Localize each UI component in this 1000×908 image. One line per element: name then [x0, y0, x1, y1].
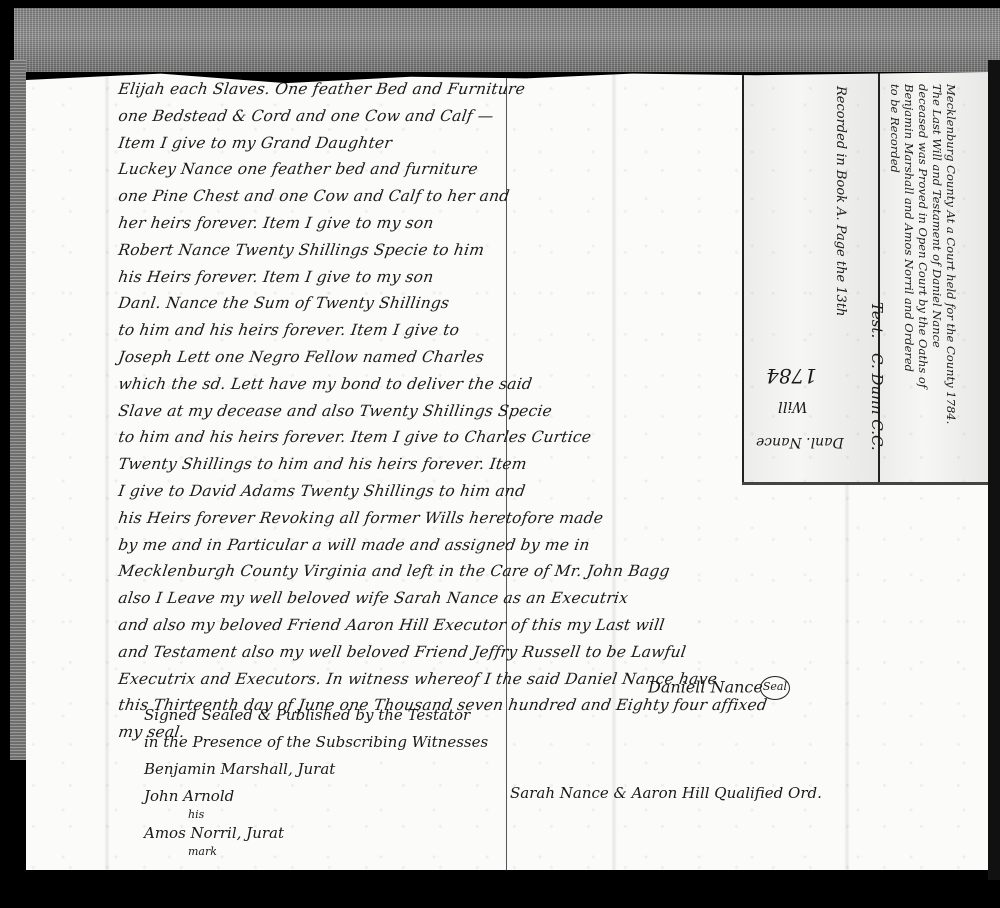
- witness-mark-label: mark: [144, 847, 488, 857]
- certificate-signature: Test. C. Dunn C.C.: [868, 302, 886, 451]
- docket-panel: [742, 72, 878, 484]
- scan-left-edge-band: [10, 60, 26, 760]
- attestation-line-1: Signed Sealed & Published by the Testato…: [144, 702, 488, 729]
- testator-name: Daniell Nance: [648, 678, 763, 697]
- will-line: Danl. Nance the Sum of Twenty Shillings: [116, 294, 760, 321]
- will-line: Mecklenburgh County Virginia and left in…: [116, 562, 800, 589]
- certificate-line: deceased was Proved in Open Court by the…: [916, 84, 930, 424]
- will-line: to him and his heirs forever. Item I giv…: [116, 428, 760, 455]
- will-line: Luckey Nance one feather bed and furnitu…: [116, 160, 760, 187]
- clerk-signature: C. Dunn C.C.: [868, 353, 886, 451]
- fold-crease-right: [844, 484, 850, 870]
- attestation-line-2: in the Presence of the Subscribing Witne…: [144, 729, 488, 756]
- will-line: her heirs forever. Item I give to my son: [116, 214, 760, 241]
- docket-recorded-line: Recorded in Book A. Page the 13th: [833, 86, 848, 316]
- testator-signature: Daniell Nance Seal: [648, 676, 790, 700]
- document-page: Elijah each Slaves. One feather Bed and …: [26, 72, 988, 870]
- seal-icon: Seal: [760, 676, 790, 700]
- will-line: his Heirs forever. Item I give to my son: [116, 268, 760, 295]
- will-line: Twenty Shillings to him and his heirs fo…: [116, 455, 760, 482]
- will-line: Elijah each Slaves. One feather Bed and …: [116, 80, 760, 107]
- witness-signature: John Arnold: [144, 783, 488, 810]
- will-line: Joseph Lett one Negro Fellow named Charl…: [116, 348, 760, 375]
- will-line: and also my beloved Friend Aaron Hill Ex…: [116, 616, 800, 643]
- will-line: and Testament also my well beloved Frien…: [116, 643, 800, 670]
- certificate-line: Benjamin Marshall and Amos Norril and Or…: [902, 84, 916, 424]
- qualification-note: Sarah Nance & Aaron Hill Qualified Ord.: [510, 784, 822, 802]
- scan-background: Elijah each Slaves. One feather Bed and …: [0, 0, 1000, 908]
- witness-mark-label: his: [144, 810, 488, 820]
- fold-crease-left: [104, 72, 110, 870]
- certificate-line: to be Recorded: [888, 84, 902, 424]
- will-line: Slave at my decease and also Twenty Shil…: [116, 402, 760, 429]
- probate-certificate: Mecklenburg County At a Court held for t…: [888, 84, 958, 424]
- will-line: Item I give to my Grand Daughter: [116, 134, 760, 161]
- will-body-text: Elijah each Slaves. One feather Bed and …: [116, 80, 756, 750]
- certificate-line: The Last Will and Testament of Daniel Na…: [930, 84, 944, 424]
- will-line: his Heirs forever Revoking all former Wi…: [116, 509, 800, 536]
- certificate-line: Mecklenburg County At a Court held for t…: [944, 84, 958, 424]
- scan-right-edge-band: [988, 60, 1000, 880]
- will-line: one Pine Chest and one Cow and Calf to h…: [116, 187, 760, 214]
- witness-signature: Benjamin Marshall, Jurat: [144, 756, 488, 783]
- scan-top-edge-band: [14, 8, 1000, 72]
- panel-fold-edge: [742, 482, 988, 485]
- will-line: Robert Nance Twenty Shillings Specie to …: [116, 241, 760, 268]
- will-line: one Bedstead & Cord and one Cow and Calf…: [116, 107, 760, 134]
- will-line: also I Leave my well beloved wife Sarah …: [116, 589, 800, 616]
- docket-name: Danl. Nance: [756, 434, 844, 450]
- docket-label: Will: [778, 398, 808, 416]
- witness-signature: Amos Norril, Jurat: [144, 820, 488, 847]
- certificate-test-label: Test.: [868, 302, 886, 338]
- will-line: to him and his heirs forever. Item I giv…: [116, 321, 760, 348]
- attestation-block: Signed Sealed & Published by the Testato…: [144, 702, 488, 857]
- docket-year: 1784: [766, 364, 817, 388]
- will-line: which the sd. Lett have my bond to deliv…: [116, 375, 760, 402]
- will-line: I give to David Adams Twenty Shillings t…: [116, 482, 760, 509]
- will-line: by me and in Particular a will made and …: [116, 536, 800, 563]
